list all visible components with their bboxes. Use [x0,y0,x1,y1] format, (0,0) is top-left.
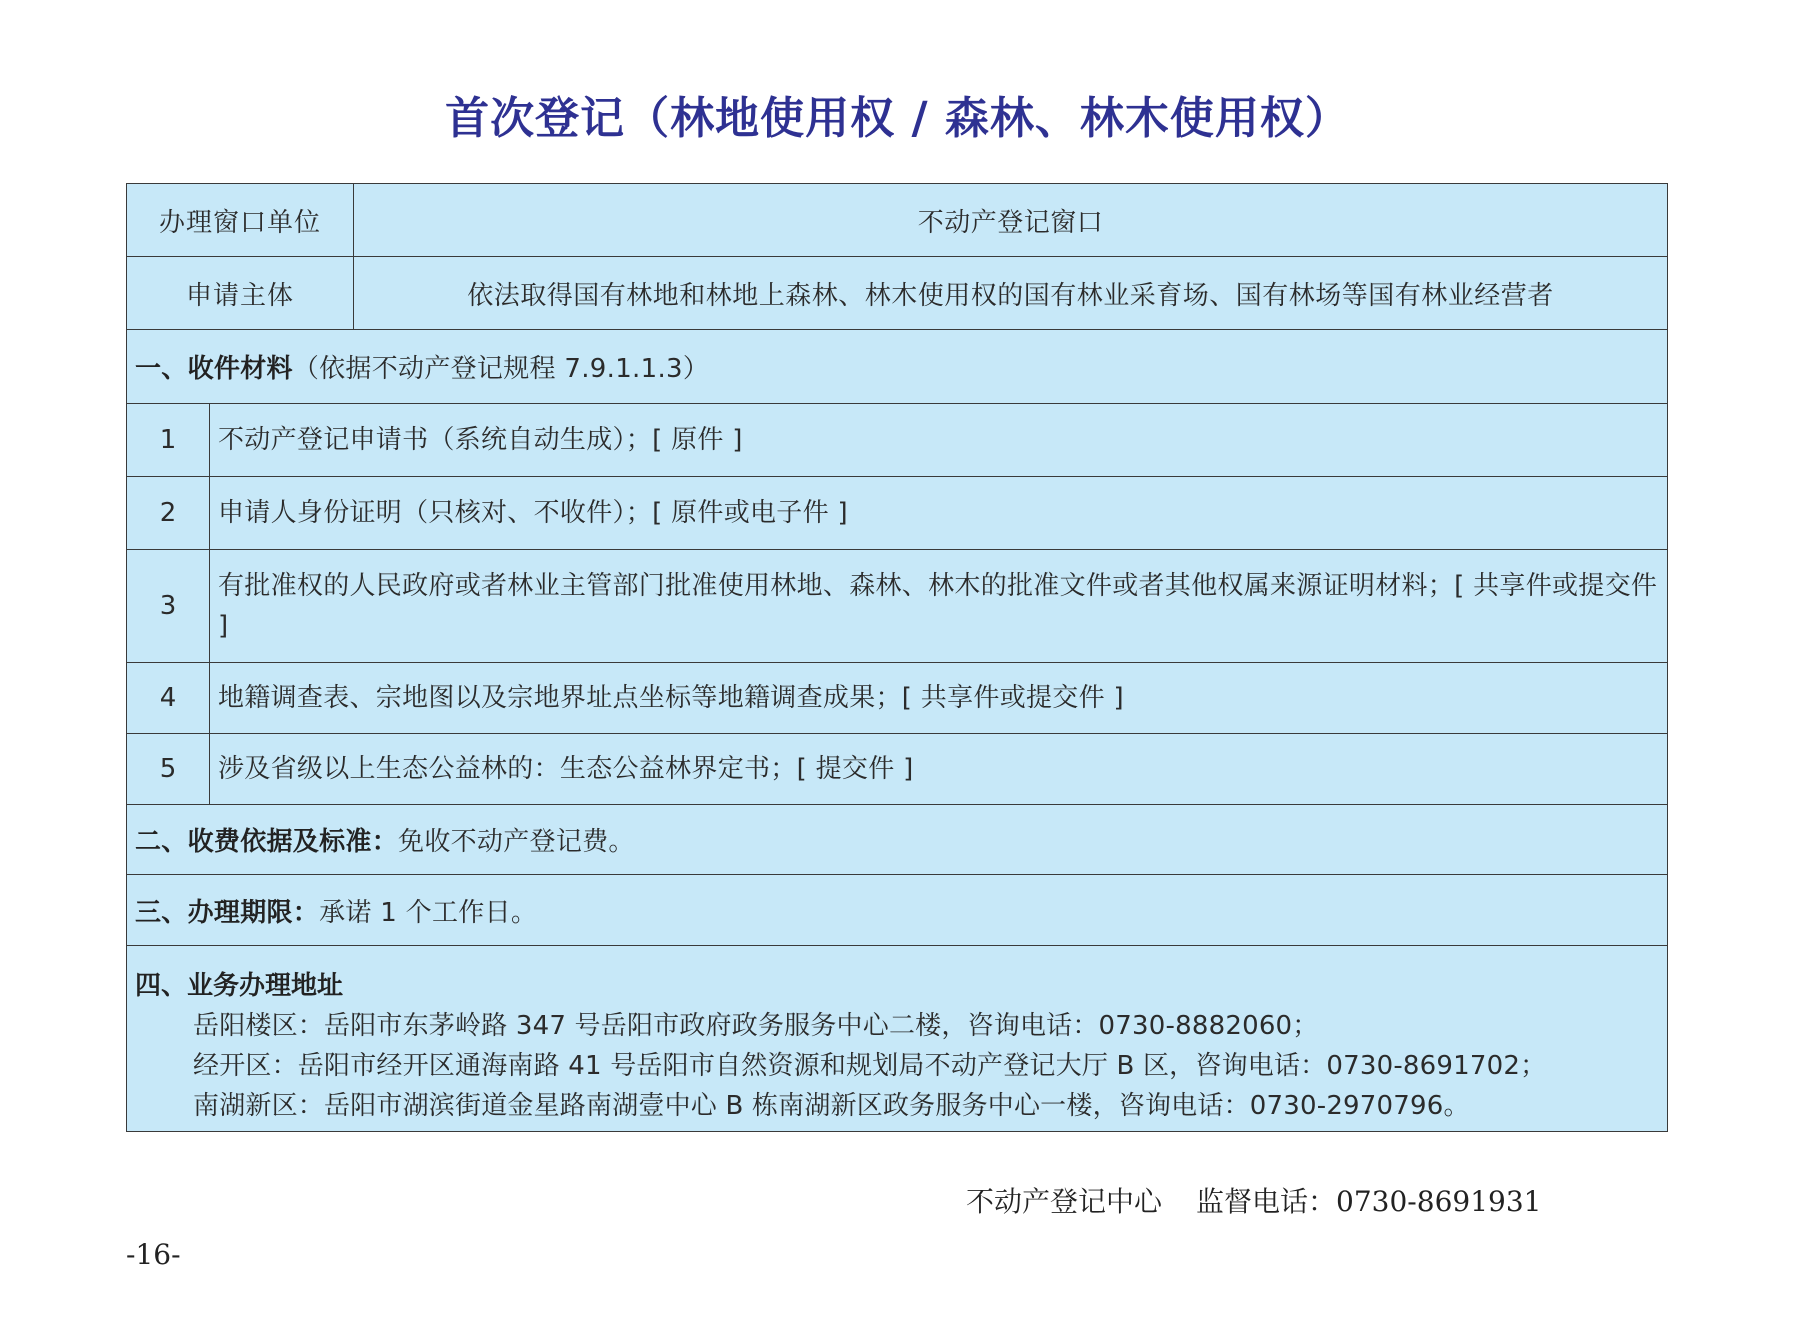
address-line: 岳阳楼区：岳阳市东茅岭路 347 号岳阳市政府政务服务中心二楼，咨询电话：073… [135,1006,1659,1046]
section-deadline-cell: 三、办理期限： 承诺 1 个工作日。 [127,875,1667,945]
item-text: 不动产登记申请书（系统自动生成）；[ 原件 ] [210,404,1667,476]
item-text: 涉及省级以上生态公益林的：生态公益林界定书；[ 提交件 ] [210,734,1667,804]
footer-signature: 不动产登记中心监督电话：0730-8691931 [966,1180,1541,1220]
section-fees-cell: 二、收费依据及标准： 免收不动产登记费。 [127,805,1667,874]
footer-hotline-label: 监督电话： [1196,1185,1336,1218]
item-text: 地籍调查表、宗地图以及宗地界址点坐标等地籍调查成果；[ 共享件或提交件 ] [210,663,1667,733]
address-line: 南湖新区：岳阳市湖滨街道金星路南湖壹中心 B 栋南湖新区政务服务中心一楼，咨询电… [135,1086,1659,1126]
item-number: 2 [127,477,210,549]
item-number: 4 [127,663,210,733]
section-deadline: 三、办理期限： 承诺 1 个工作日。 [127,875,1667,946]
page-number: -16- [126,1238,181,1271]
section-materials-note: （依据不动产登记规程 7.9.1.1.3） [293,348,709,385]
material-item: 4 地籍调查表、宗地图以及宗地界址点坐标等地籍调查成果；[ 共享件或提交件 ] [127,663,1667,734]
section-fees: 二、收费依据及标准： 免收不动产登记费。 [127,805,1667,875]
row-window-unit: 办理窗口单位 不动产登记窗口 [127,184,1667,257]
section-fees-text: 免收不动产登记费。 [398,821,635,858]
item-text-content: 有批准权的人民政府或者林业主管部门批准使用林地、森林、林木的批准文件或者其他权属… [218,566,1661,646]
value-window-unit: 不动产登记窗口 [354,184,1667,256]
section-deadline-text: 承诺 1 个工作日。 [319,892,537,929]
section-fees-title: 二、收费依据及标准： [135,821,398,858]
address-line: 经开区：岳阳市经开区通海南路 41 号岳阳市自然资源和规划局不动产登记大厅 B … [135,1046,1659,1086]
item-number: 5 [127,734,210,804]
material-item: 2 申请人身份证明（只核对、不收件）；[ 原件或电子件 ] [127,477,1667,550]
item-number: 1 [127,404,210,476]
material-item: 5 涉及省级以上生态公益林的：生态公益林界定书；[ 提交件 ] [127,734,1667,805]
material-item: 3 有批准权的人民政府或者林业主管部门批准使用林地、森林、林木的批准文件或者其他… [127,550,1667,663]
item-number: 3 [127,550,210,662]
addresses-block: 四、业务办理地址 岳阳楼区：岳阳市东茅岭路 347 号岳阳市政府政务服务中心二楼… [127,946,1667,1131]
footer-hotline: 0730-8691931 [1336,1185,1541,1218]
value-applicant: 依法取得国有林地和林地上森林、林木使用权的国有林业采育场、国有林场等国有林业经营… [354,257,1667,329]
section-addresses: 四、业务办理地址 岳阳楼区：岳阳市东茅岭路 347 号岳阳市政府政务服务中心二楼… [127,946,1667,1131]
item-text: 有批准权的人民政府或者林业主管部门批准使用林地、森林、林木的批准文件或者其他权属… [210,550,1667,662]
label-window-unit: 办理窗口单位 [127,184,354,256]
label-applicant: 申请主体 [127,257,354,329]
section-deadline-title: 三、办理期限： [135,892,319,929]
page-title: 首次登记（林地使用权 / 森林、林木使用权） [0,82,1795,146]
material-item: 1 不动产登记申请书（系统自动生成）；[ 原件 ] [127,404,1667,477]
info-table: 办理窗口单位 不动产登记窗口 申请主体 依法取得国有林地和林地上森林、林木使用权… [126,183,1668,1132]
row-applicant: 申请主体 依法取得国有林地和林地上森林、林木使用权的国有林业采育场、国有林场等国… [127,257,1667,330]
section-addresses-title: 四、业务办理地址 [135,966,1659,1006]
section-materials-title: 一、收件材料 [135,348,293,385]
item-text: 申请人身份证明（只核对、不收件）；[ 原件或电子件 ] [210,477,1667,549]
footer-org: 不动产登记中心 [966,1185,1162,1218]
section-materials-heading: 一、收件材料 （依据不动产登记规程 7.9.1.1.3） [127,330,1667,404]
section-materials-cell: 一、收件材料 （依据不动产登记规程 7.9.1.1.3） [127,330,1667,403]
